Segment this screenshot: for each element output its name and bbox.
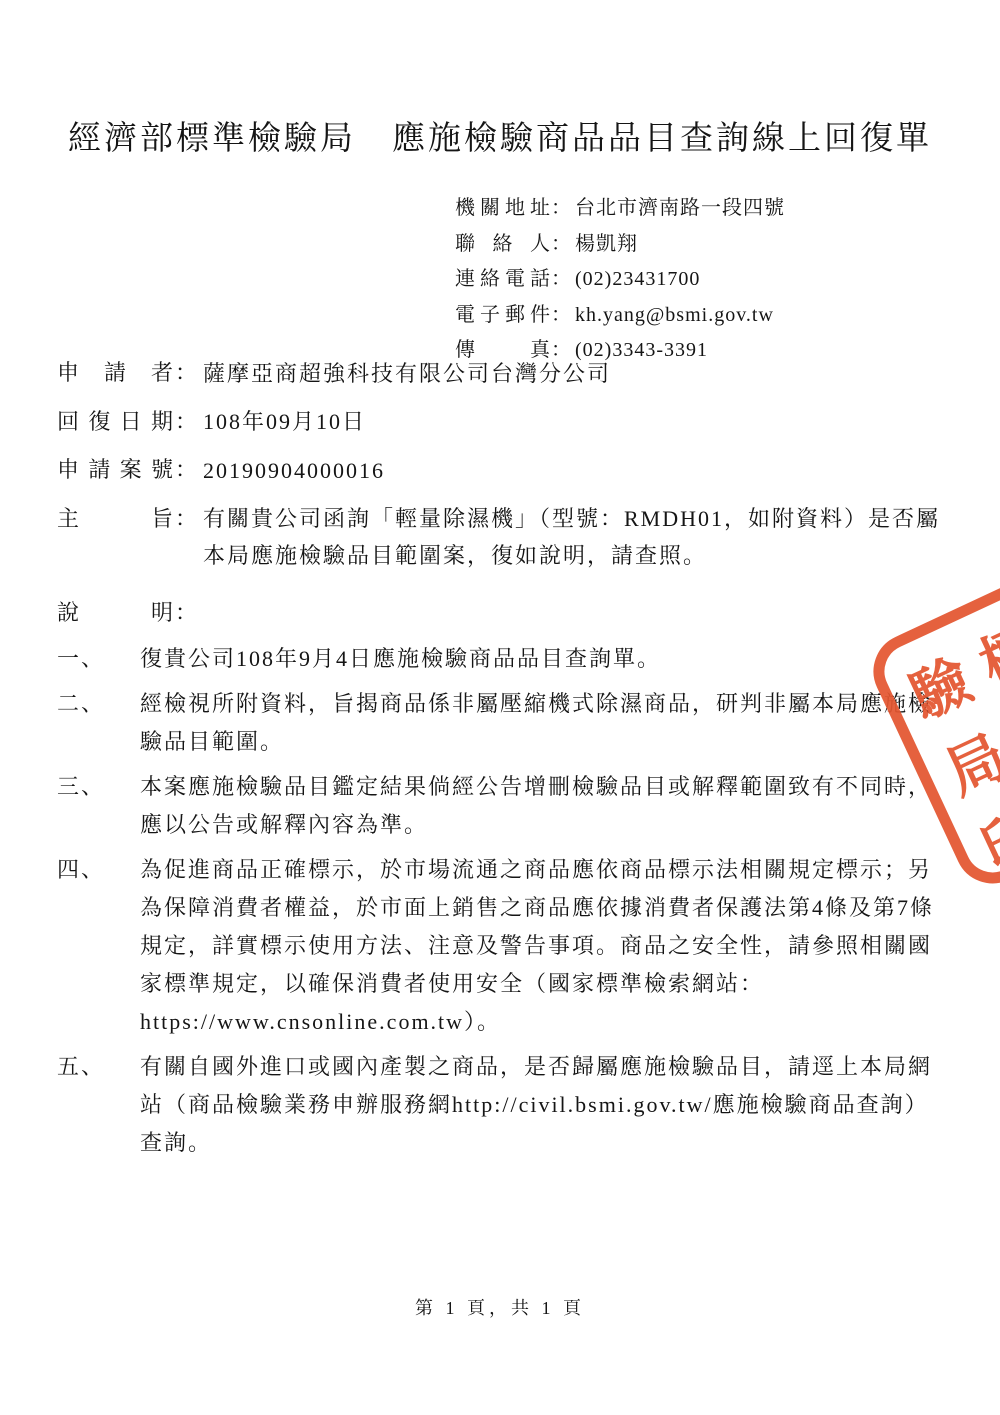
field-value: 108年09月10日 (203, 403, 946, 440)
item-text: 本案應施檢驗品目鑑定結果倘經公告增刪檢驗品目或解釋範圍致有不同時，應以公告或解釋… (140, 768, 946, 844)
contact-row-email: 電子郵件：kh.yang@bsmi.gov.tw (455, 298, 785, 334)
colon: ： (551, 191, 575, 227)
explanation-item-1: 一、復貴公司108年9月4日應施檢驗商品品目查詢單。 (57, 640, 946, 678)
field-value: 薩摩亞商超強科技有限公司台灣分公司 (203, 355, 946, 392)
contact-row-phone: 連絡電話：(02)23431700 (455, 262, 785, 298)
letter-body: 申請者：薩摩亞商超強科技有限公司台灣分公司 回復日期：108年09月10日 申請… (57, 358, 946, 1169)
contact-value: kh.yang@bsmi.gov.tw (575, 298, 774, 334)
colon: ： (175, 598, 203, 628)
explanation-item-4: 四、為促進商品正確標示，於市場流通之商品應依商品標示法相關規定標示；另為保障消費… (57, 851, 946, 1041)
contact-value: (02)23431700 (575, 262, 700, 298)
item-number: 一、 (57, 640, 140, 678)
contact-value: 台北市濟南路一段四號 (575, 191, 785, 227)
colon: ： (551, 262, 575, 298)
explanation-heading: 說明： (57, 598, 946, 628)
agency-contact-block: 機關地址：台北市濟南路一段四號 聯絡人：楊凱翔 連絡電話：(02)2343170… (455, 191, 785, 369)
colon: ： (175, 407, 203, 441)
item-text: 經檢視所附資料，旨揭商品係非屬壓縮機式除濕商品，研判非屬本局應施檢驗品目範圍。 (140, 685, 946, 761)
explanation-item-5: 五、有關自國外進口或國內產製之商品，是否歸屬應施檢驗品目，請逕上本局網站（商品檢… (57, 1048, 946, 1162)
item-text: 為促進商品正確標示，於市場流通之商品應依商品標示法相關規定標示；另為保障消費者權… (140, 851, 946, 1041)
seal-character: 準 (991, 674, 1000, 783)
page-title: 經濟部標準檢驗局 應施檢驗商品品目查詢線上回復單 (0, 112, 1000, 159)
field-label: 回復日期 (57, 407, 175, 441)
document-page: 經濟部標準檢驗局 應施檢驗商品品目查詢線上回復單 機關地址：台北市濟南路一段四號… (0, 0, 1000, 1415)
contact-label: 連絡電話 (455, 262, 551, 298)
field-label: 申請者 (57, 358, 175, 392)
item-text: 有關自國外進口或國內產製之商品，是否歸屬應施檢驗品目，請逕上本局網站（商品檢驗業… (140, 1048, 946, 1162)
field-label: 主旨 (57, 504, 175, 575)
contact-label: 電子郵件 (455, 298, 551, 334)
field-applicant: 申請者：薩摩亞商超強科技有限公司台灣分公司 (57, 358, 946, 392)
item-text: 復貴公司108年9月4日應施檢驗商品品目查詢單。 (140, 640, 946, 678)
item-number: 二、 (57, 685, 140, 761)
seal-character: 標 (956, 597, 1000, 706)
colon: ： (551, 227, 575, 263)
field-case-number: 申請案號：20190904000016 (57, 455, 946, 489)
colon: ： (551, 298, 575, 334)
explanation-item-3: 三、本案應施檢驗品目鑑定結果倘經公告增刪檢驗品目或解釋範圍致有不同時，應以公告或… (57, 768, 946, 844)
field-label: 說明 (57, 598, 175, 628)
explanation-item-2: 二、經檢視所附資料，旨揭商品係非屬壓縮機式除濕商品，研判非屬本局應施檢驗品目範圍… (57, 685, 946, 761)
field-reply-date: 回復日期：108年09月10日 (57, 407, 946, 441)
colon: ： (175, 504, 203, 575)
item-number: 五、 (57, 1048, 140, 1162)
field-subject: 主旨：有關貴公司函詢「輕量除濕機」（型號：RMDH01，如附資料）是否屬本局應施… (57, 504, 946, 575)
item-number: 三、 (57, 768, 140, 844)
colon: ： (175, 358, 203, 392)
seal-character: 印 (957, 782, 1000, 891)
colon: ： (175, 455, 203, 489)
contact-value: 楊凱翔 (575, 227, 638, 263)
contact-row-address: 機關地址：台北市濟南路一段四號 (455, 191, 785, 227)
contact-row-person: 聯絡人：楊凱翔 (455, 227, 785, 263)
field-label: 申請案號 (57, 455, 175, 489)
contact-label: 聯絡人 (455, 227, 551, 263)
field-value: 20190904000016 (203, 452, 946, 489)
item-number: 四、 (57, 851, 140, 1041)
page-number: 第 1 頁，共 1 頁 (0, 1294, 1000, 1320)
subject-text: 有關貴公司函詢「輕量除濕機」（型號：RMDH01，如附資料）是否屬本局應施檢驗品… (203, 500, 946, 574)
contact-label: 機關地址 (455, 191, 551, 227)
